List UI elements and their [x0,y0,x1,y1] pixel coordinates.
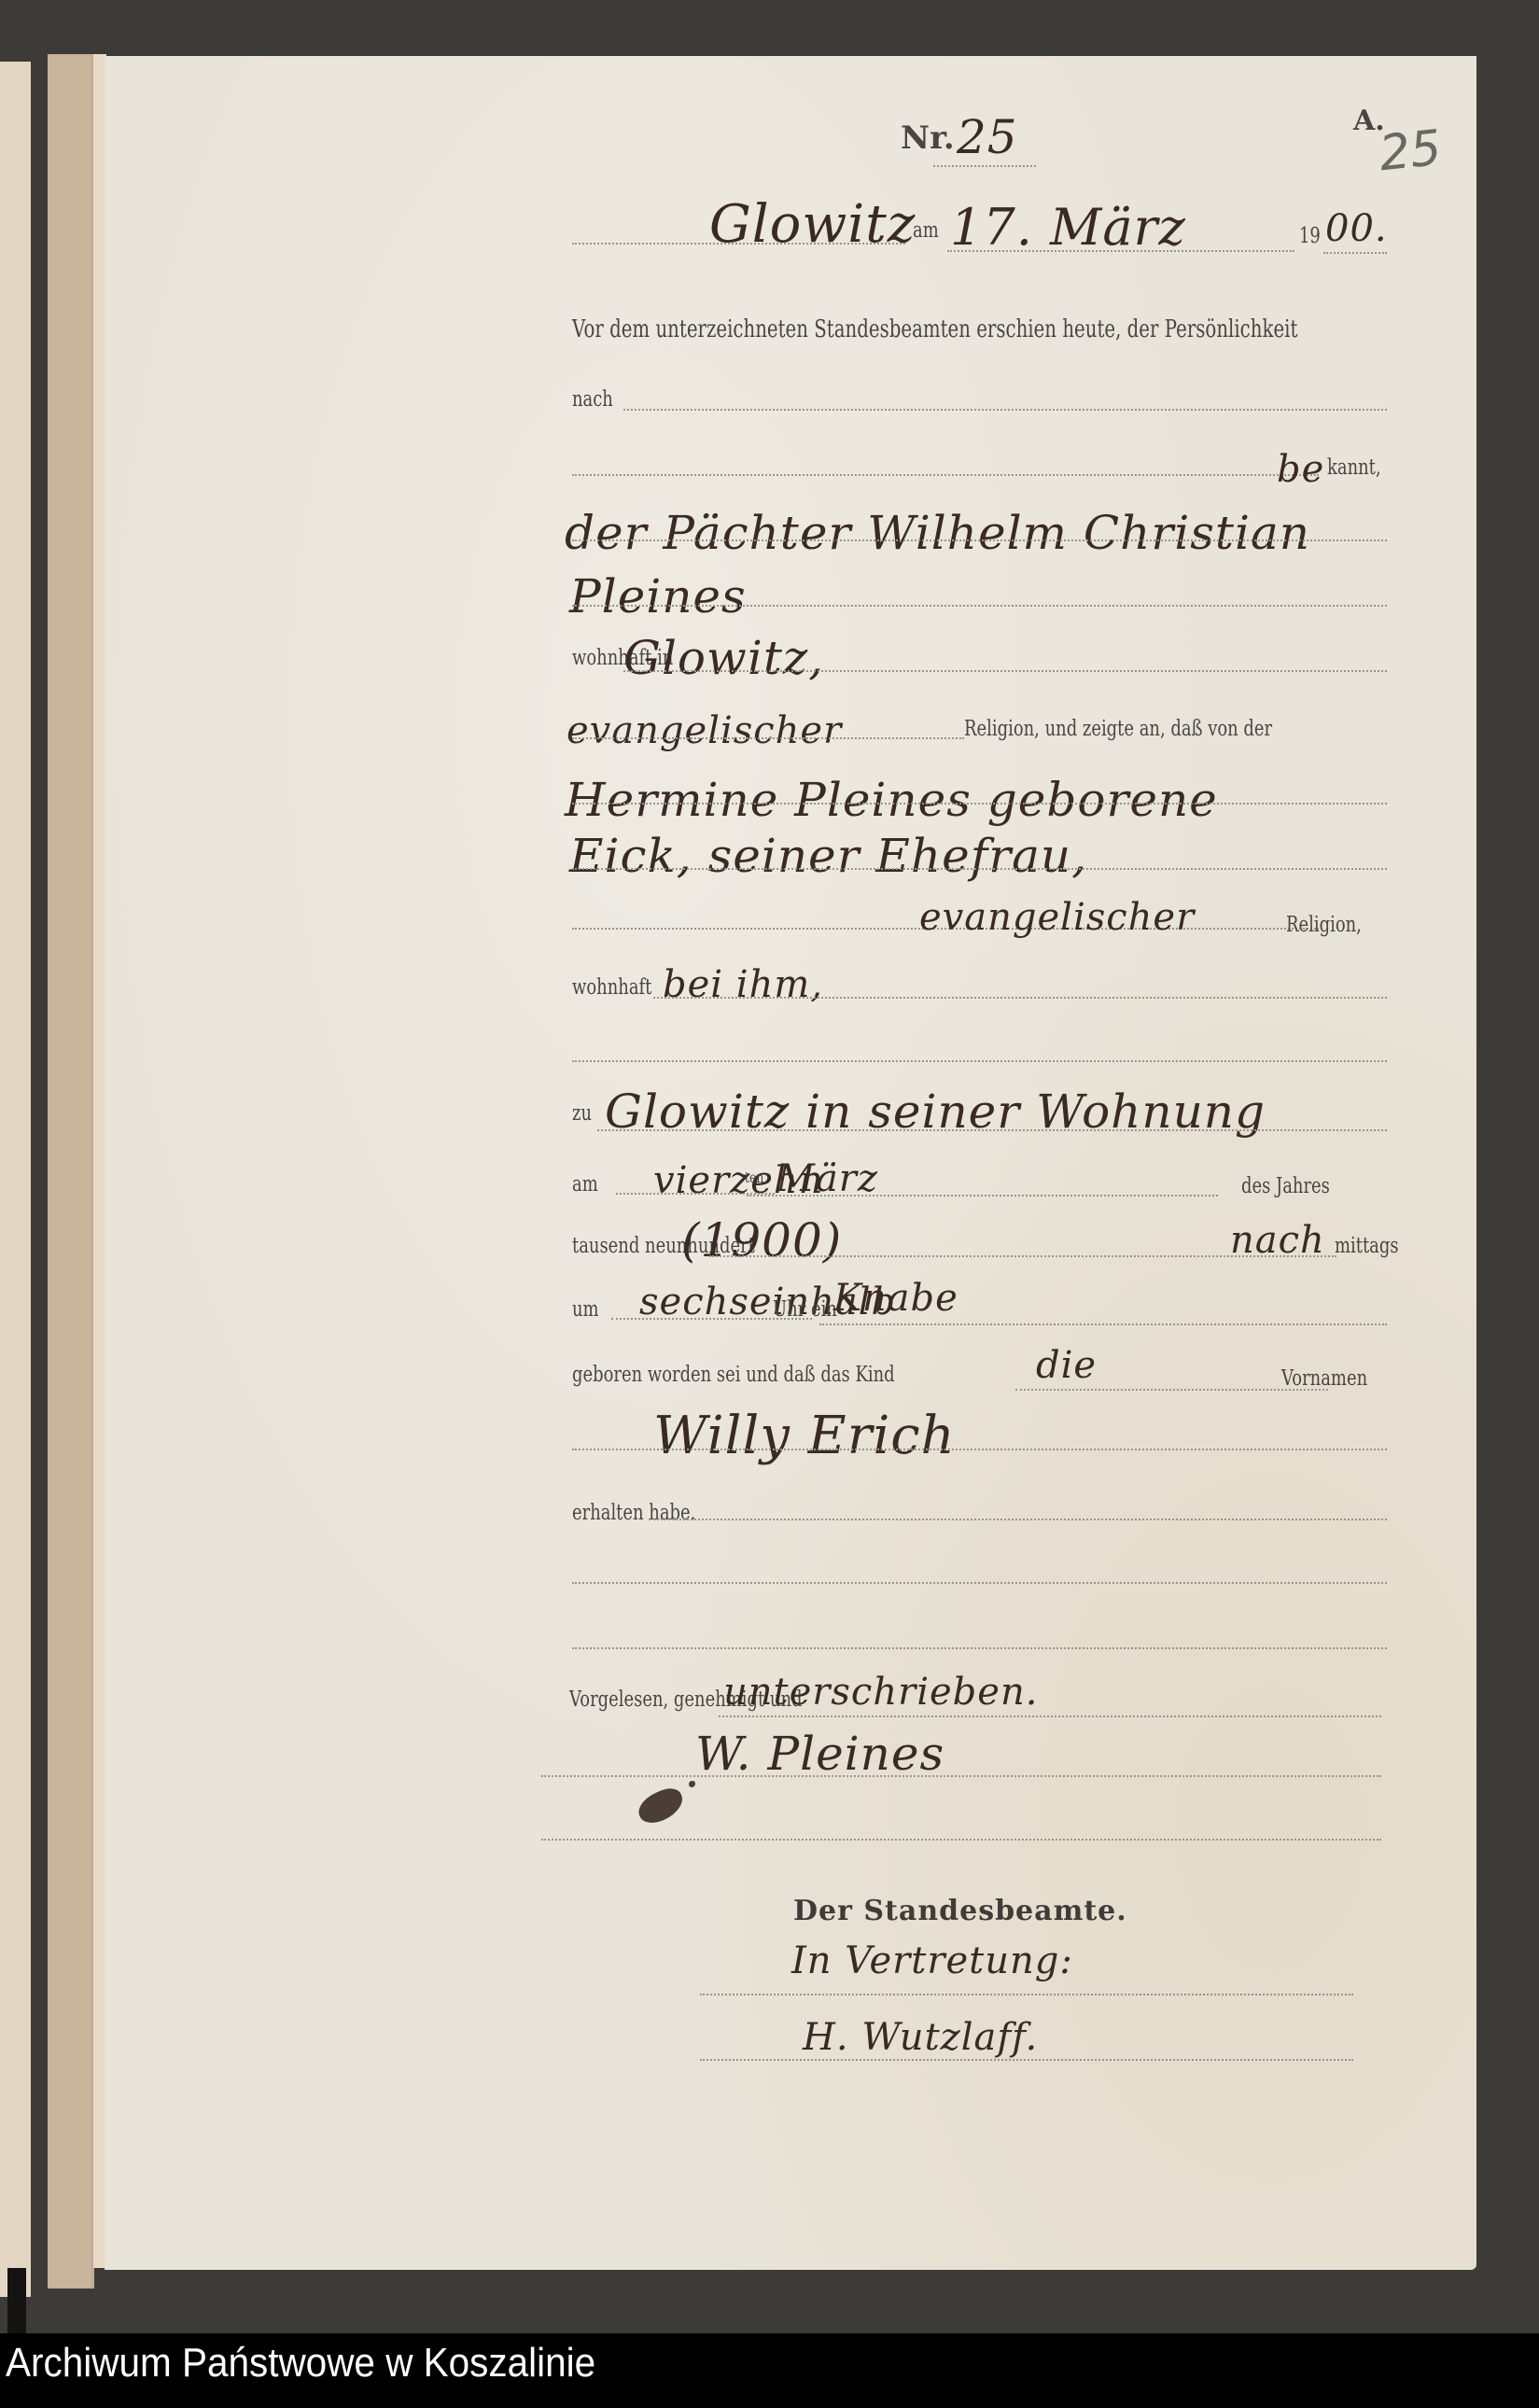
blank-line-2 [572,1582,1387,1584]
sex-line [819,1323,1387,1325]
month-line [747,1195,1218,1197]
mother-line1 [572,803,1387,805]
blank-line-1 [572,1060,1387,1062]
informant-line2 [572,605,1387,607]
bekannt-hand: be [1277,448,1324,491]
date-value: 17. März [950,198,1186,257]
signature-line [541,1775,1381,1777]
mother-line2 [572,868,1387,870]
zu-line [597,1129,1387,1131]
des-jahres-label: des Jahres [1241,1174,1330,1198]
year-prefix: 19 [1299,224,1321,248]
facing-page-edge [0,62,31,2297]
mittags-label: mittags [1335,1234,1399,1258]
wohnhaft2-line [653,997,1387,999]
informant-name-line2: Pleines [569,569,747,623]
vornamen-label: Vornamen [1281,1366,1367,1391]
registrar-line1: In Vertretung: [791,1939,1073,1982]
intro-text: Vor dem unterzeichneten Standesbeamten e… [572,315,1297,343]
bekannt-line [572,474,1319,476]
wohnhaft-in-line [623,670,1387,672]
number-label: Nr. [901,119,955,157]
wohnhaft-in-value: Glowitz, [623,631,824,685]
informant-signature: W. Pleines [695,1727,944,1781]
year-value: (1900) [681,1213,842,1267]
um-label: um [572,1297,599,1322]
geboren-label: geboren worden sei und daß das Kind [572,1363,895,1387]
uhr-ein-label: Uhr ein [773,1297,837,1322]
wohnhaft2-value: bei ihm, [663,963,823,1006]
vorgelesen-line [719,1715,1381,1717]
given-names-line [572,1449,1387,1450]
nach-hand: nach [1230,1219,1325,1262]
erhalten-line [649,1519,1387,1520]
wohnhaft2-label: wohnhaft [572,975,651,1000]
given-names-value: Willy Erich [653,1406,956,1466]
year-line [1323,252,1387,254]
pencil-page-number: 25 [1377,120,1444,183]
erhalten-label: erhalten habe. [572,1501,695,1525]
registrar-signature: H. Wutzlaff. [803,2016,1038,2059]
religion2-value: evangelischer [919,896,1195,939]
informant-line1 [572,539,1387,541]
date-am-label: am [913,218,939,243]
mother-name-line2: Eick, seiner Ehefrau, [569,829,1087,883]
archive-caption: Archiwum Państwowe w Koszalinie [6,2340,595,2387]
binding-gap [7,2268,26,2333]
registrar-heading: Der Standesbeamte. [793,1895,1127,1927]
nach-label: nach [572,387,613,412]
religion2-label: Religion, [1286,913,1362,937]
zu-label: zu [572,1101,592,1126]
religion1-value: evangelischer [567,709,842,752]
date-line [947,250,1294,252]
year-suffix: 00. [1325,207,1388,250]
die-value: die [1036,1344,1097,1387]
mother-name-line1: Hermine Pleines geborene [565,773,1218,827]
religion1-label: Religion, und zeigte an, daß von der [964,717,1272,741]
registrar-line2-dots [700,2059,1353,2061]
number-line [933,165,1036,167]
binding-strip [48,54,94,2289]
number-value: 25 [957,110,1018,164]
ten-label: ten [745,1169,763,1186]
am-label: am [572,1172,598,1197]
blank-line-4 [541,1839,1381,1841]
place-value: Glowitz [709,194,916,255]
informant-name-line1: der Pächter Wilhelm Christian [565,506,1310,560]
registrar-line1-dots [700,1994,1353,1995]
nach-line [623,409,1387,411]
place-line [572,243,905,245]
religion1-line [572,737,964,739]
blank-line-3 [572,1647,1387,1649]
sex-value: Knabe [833,1277,958,1320]
bekannt-label: kannt, [1327,455,1381,480]
vorgelesen-hand: unterschrieben. [723,1671,1038,1714]
